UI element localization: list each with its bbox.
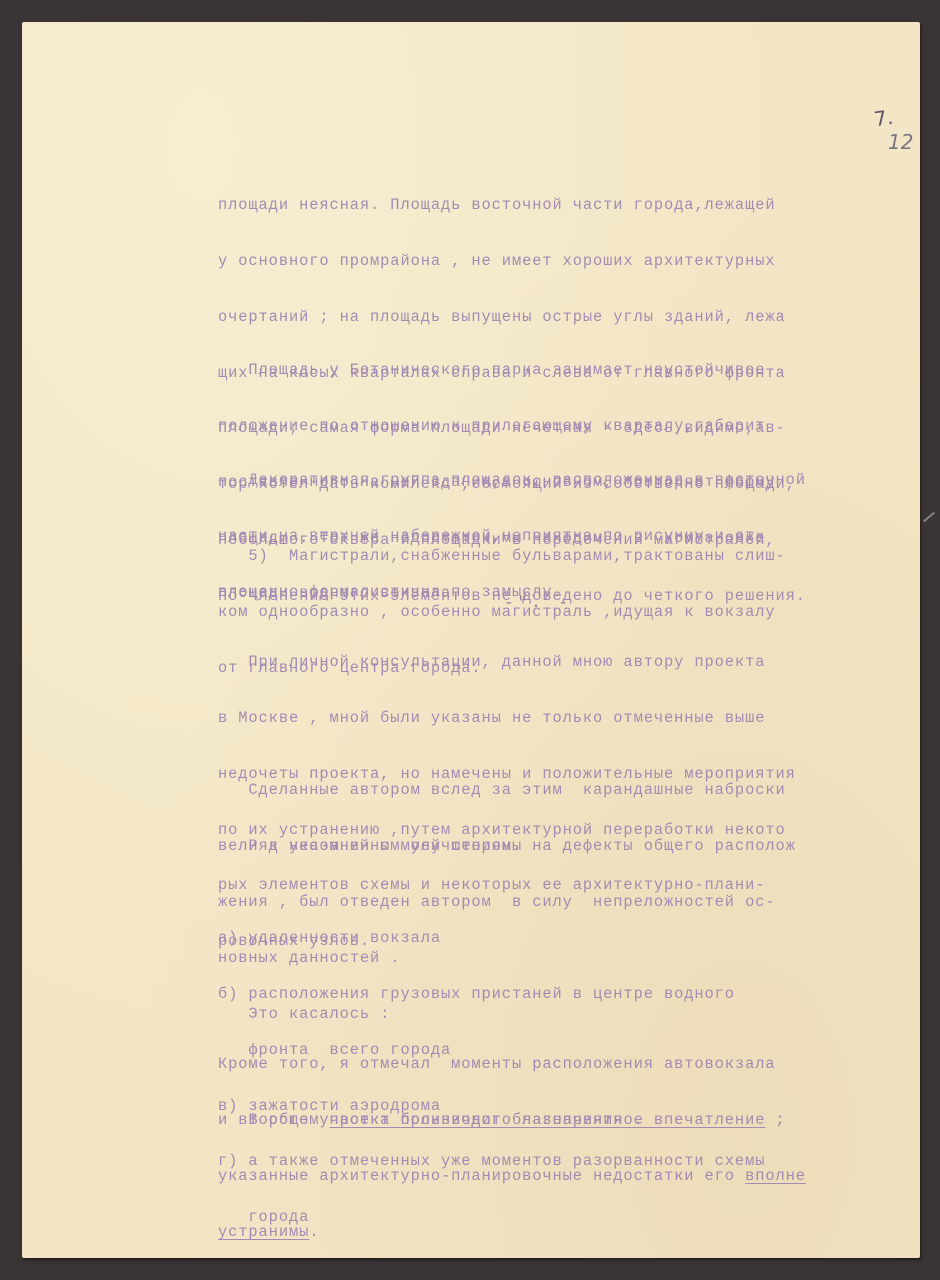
underlined-word: вполне [745, 1167, 806, 1185]
text-line: площади неясная. Площадь восточной части… [218, 196, 806, 215]
text-line: 5) Магистрали,снабженные бульварами,трак… [218, 547, 786, 566]
underlined-phrase: проект производит благоприятное впечатле… [330, 1111, 766, 1129]
text-line: положение по отношению к прилегающему кв… [218, 417, 775, 436]
text-line: устранимы. [218, 1223, 806, 1242]
underlined-word: устранимы [218, 1223, 309, 1241]
folio-number: 7. [872, 105, 894, 131]
text-line: Ряд указаний с моей стороны на дефекты о… [218, 837, 796, 856]
section-separator: -". - [504, 594, 572, 612]
conclusion-paragraph: В общем проект производит благоприятное … [218, 1074, 806, 1279]
text-line: При личной консультации, данной мною авт… [218, 653, 796, 672]
text-line: Площадь у Ботанического парка занимает н… [218, 361, 775, 380]
text-line: указанные архитектурно-планировочные нед… [218, 1167, 806, 1186]
document-page: 7. 12 площади неясная. Площадь восточной… [22, 22, 920, 1258]
text-line: Кроме того, я отмечал моменты расположен… [218, 1055, 775, 1074]
list-item-a: а) удаленности вокзала [218, 929, 765, 948]
text-line: Декоративная группа площадок, расположен… [218, 471, 806, 490]
archive-page-number: 12 [888, 130, 913, 154]
text-line: Сделанные автором вслед за этим карандаш… [218, 781, 786, 800]
list-item-b: б) расположения грузовых пристаней в цен… [218, 985, 765, 1004]
text-line: у основного промрайона , не имеет хороши… [218, 252, 806, 271]
text-line: В общем проект производит благоприятное … [218, 1111, 806, 1130]
pencil-mark [923, 512, 935, 523]
text-line: в Москве , мной были указаны не только о… [218, 709, 796, 728]
